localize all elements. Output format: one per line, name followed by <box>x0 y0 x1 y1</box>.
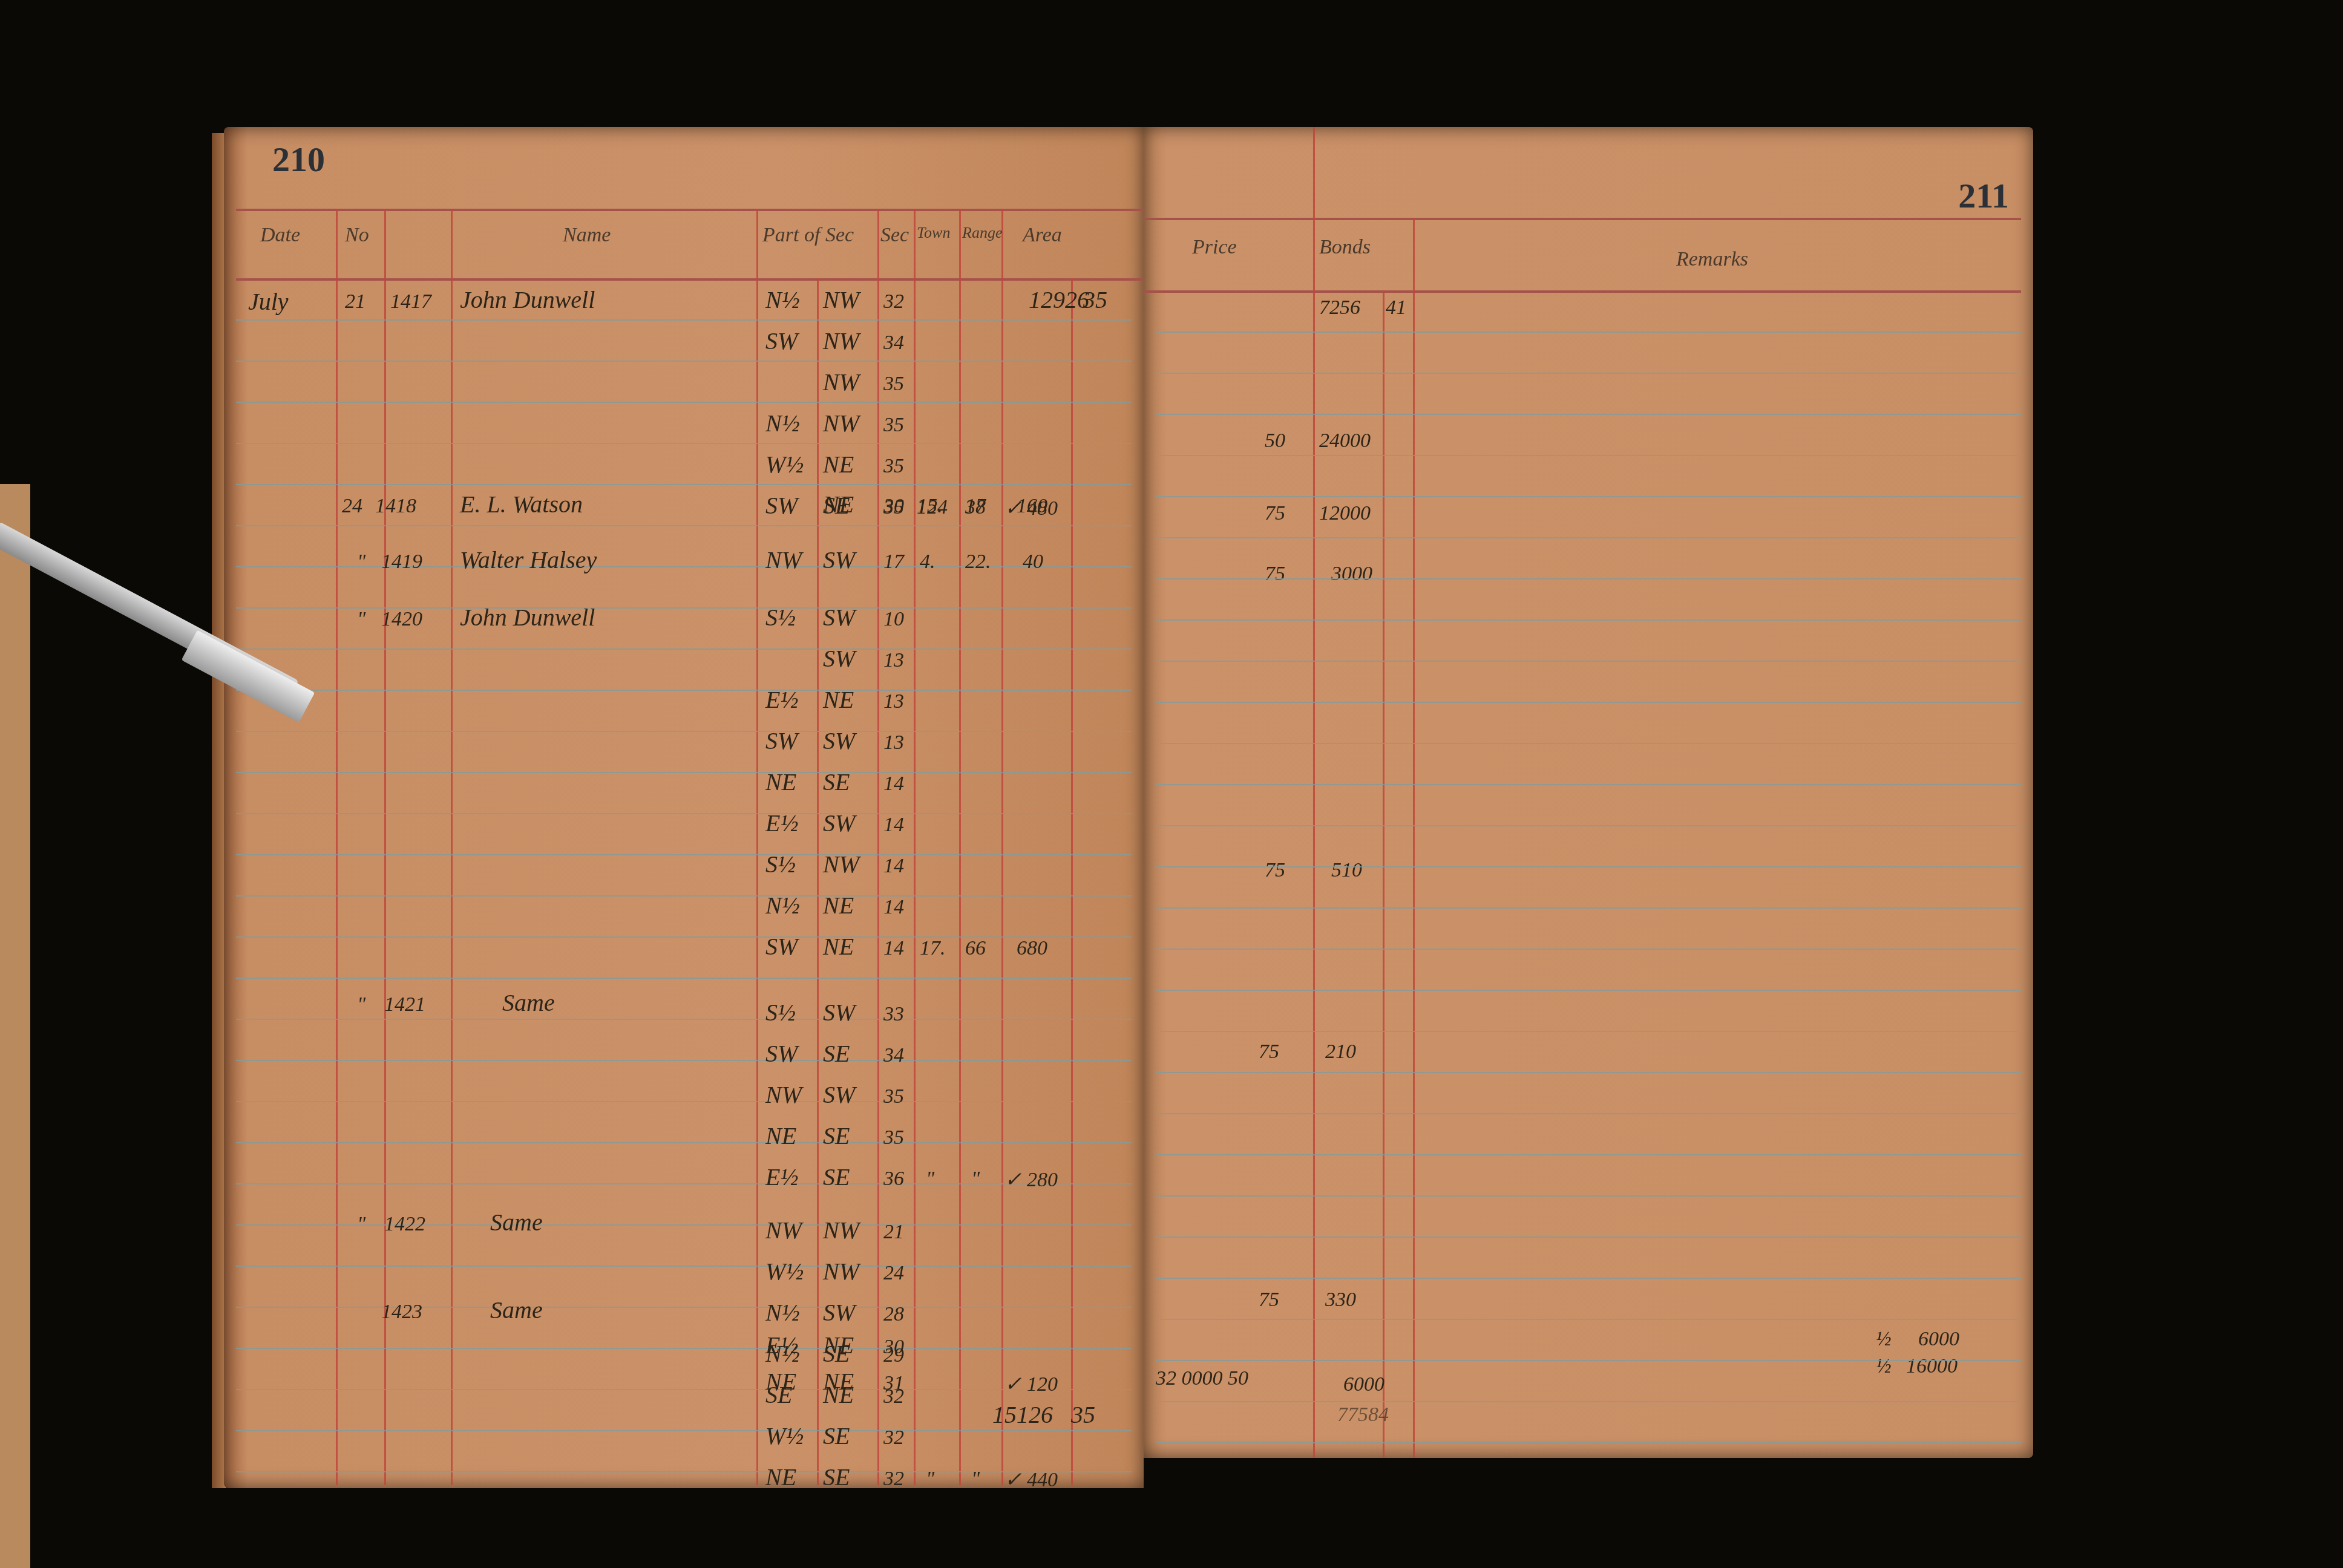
quarter: SE <box>823 1463 850 1491</box>
sec: 35 <box>883 455 904 478</box>
part: N½ <box>765 286 800 314</box>
ruled-line <box>1156 373 2021 374</box>
sec: 10 <box>883 608 904 631</box>
ruled-line <box>236 607 1132 609</box>
sec: 32 <box>883 1426 904 1449</box>
part: NW <box>765 1216 802 1244</box>
ruled-line <box>236 772 1132 773</box>
quarter: NE <box>823 891 854 920</box>
ruled-line <box>236 525 1132 526</box>
part: SW <box>765 727 798 755</box>
part: SW <box>765 1039 798 1068</box>
part: N½ <box>765 1298 800 1327</box>
part: SW <box>765 491 798 520</box>
col-line <box>959 209 961 1485</box>
town: " <box>926 1168 934 1191</box>
col-line <box>1001 209 1003 1485</box>
entry-no: 1423 <box>381 1301 422 1324</box>
header-area: Area <box>1023 224 1062 247</box>
part: NE <box>765 1122 796 1150</box>
ruled-line <box>236 1430 1132 1431</box>
ruled-line <box>1156 1319 2021 1320</box>
ruled-line <box>236 895 1132 897</box>
part: E½ <box>765 685 798 714</box>
remarks-value: 16000 <box>1906 1355 1958 1378</box>
part: S½ <box>765 603 796 632</box>
ruled-line <box>236 402 1132 403</box>
header-date: Date <box>260 224 300 247</box>
price: 75 <box>1265 563 1285 586</box>
quarter: SW <box>823 644 855 673</box>
sec: 13 <box>883 690 904 713</box>
sec: 21 <box>883 1221 904 1244</box>
header-range: Range <box>962 224 1002 242</box>
sec: 24 <box>883 1262 904 1285</box>
ruled-line <box>1156 496 2021 497</box>
ruled-line <box>1156 1154 2021 1155</box>
ruled-line <box>1156 414 2021 415</box>
bonds: 3000 <box>1331 563 1372 586</box>
ruled-line <box>1156 825 2021 826</box>
header-top-rule <box>1144 218 2021 220</box>
bonds: 510 <box>1331 859 1362 882</box>
quarter: SE <box>823 1122 850 1150</box>
ruled-line <box>236 1019 1132 1020</box>
part: E½ <box>765 1331 798 1359</box>
part: NW <box>765 1080 802 1109</box>
ruled-line <box>1156 1072 2021 1073</box>
range: 66 <box>965 937 986 960</box>
ruled-line <box>236 1307 1132 1308</box>
quarter: NE <box>823 1367 854 1396</box>
quarter: SW <box>823 998 855 1027</box>
ruled-line <box>1156 949 2021 950</box>
quarter: SE <box>823 1039 850 1068</box>
quarter: SW <box>823 1080 855 1109</box>
quarter: SW <box>823 809 855 837</box>
part: N½ <box>765 409 800 437</box>
ruled-line <box>1156 784 2021 785</box>
part: W½ <box>765 1422 804 1450</box>
bonds: 210 <box>1325 1040 1356 1063</box>
ruled-line <box>236 566 1132 567</box>
ruled-line <box>1156 866 2021 867</box>
range: 17 <box>965 495 986 518</box>
area: 40 <box>1023 550 1043 573</box>
quarter: NE <box>823 1331 854 1359</box>
town: " <box>926 1468 934 1491</box>
entry-name: Same <box>502 988 555 1017</box>
price: 75 <box>1265 859 1285 882</box>
ruled-line <box>236 1471 1132 1472</box>
entry-day: 21 <box>345 290 365 313</box>
ruled-line <box>1156 1442 2021 1443</box>
ruled-line <box>236 319 1132 321</box>
quarter: SW <box>823 727 855 755</box>
quarter: SE <box>823 1422 850 1450</box>
col-line <box>877 209 879 1485</box>
part: SW <box>765 932 798 961</box>
ruled-line <box>1156 1031 2021 1032</box>
col-line <box>914 209 916 1485</box>
sec: 32 <box>883 1468 904 1491</box>
sec: 33 <box>883 1003 904 1026</box>
sec: 14 <box>883 855 904 878</box>
bonds: 330 <box>1325 1289 1356 1312</box>
ruled-line <box>1156 578 2021 580</box>
entry-name: Walter Halsey <box>460 546 597 574</box>
part: NE <box>765 1463 796 1491</box>
left-page: 210 Date No Name Part of Sec Sec Town Ra… <box>224 127 1144 1488</box>
part: SW <box>765 327 798 355</box>
header-top-rule <box>236 209 1144 211</box>
ruled-line <box>1156 1113 2021 1114</box>
quarter: SW <box>823 1298 855 1327</box>
quarter: NW <box>823 850 859 878</box>
sec: 31 <box>883 1372 904 1395</box>
col-line <box>756 209 758 1485</box>
header-no: No <box>345 224 369 247</box>
sec: 34 <box>883 332 904 354</box>
quarter: NE <box>823 490 854 518</box>
quarter: SE <box>823 1163 850 1191</box>
ruled-line <box>236 1389 1132 1390</box>
quarter: NW <box>823 409 859 437</box>
header-name: Name <box>563 224 611 247</box>
quarter: NW <box>823 286 859 314</box>
ruled-line <box>1156 1278 2021 1279</box>
entry-area: 12926 <box>1029 286 1089 314</box>
ruled-line <box>236 1224 1132 1226</box>
range: " <box>971 1168 980 1191</box>
quarter: NE <box>823 685 854 714</box>
entry-day: " <box>357 608 365 631</box>
price: 75 <box>1259 1040 1279 1063</box>
sec: 14 <box>883 937 904 960</box>
header-price: Price <box>1192 236 1237 259</box>
bonds-top-frac: 41 <box>1386 296 1406 319</box>
price: 50 <box>1265 430 1285 452</box>
sec: 13 <box>883 731 904 754</box>
sec: 35 <box>883 1085 904 1108</box>
part: N½ <box>765 891 800 920</box>
ruled-line <box>1156 1360 2021 1361</box>
col-line <box>1413 218 1415 1458</box>
ruled-line <box>236 731 1132 732</box>
area: 680 <box>1017 937 1047 960</box>
quarter: NW <box>823 368 859 396</box>
remarks-frac: ½ <box>1876 1328 1892 1351</box>
bonds: 12000 <box>1319 502 1371 525</box>
town: 15. <box>917 495 943 518</box>
entry-name: Same <box>490 1208 543 1236</box>
ruled-line <box>236 978 1132 979</box>
quarter: SW <box>823 603 855 632</box>
header-part-of-sec: Part of Sec <box>762 224 854 247</box>
header-bottom-rule <box>236 278 1144 281</box>
entry-no: 1419 <box>381 550 422 573</box>
adjacent-book-edge <box>0 484 30 1568</box>
price: 75 <box>1265 502 1285 525</box>
ruled-line <box>236 1183 1132 1184</box>
ruled-line <box>236 484 1132 485</box>
part: NE <box>765 1367 796 1396</box>
entry-name: E. L. Watson <box>460 490 583 518</box>
entry-day: " <box>357 1213 365 1236</box>
quarter: NW <box>823 1216 859 1244</box>
bonds-top: 7256 <box>1319 296 1360 319</box>
ruled-line <box>236 648 1132 650</box>
sec: 14 <box>883 773 904 795</box>
col-line <box>384 209 386 1485</box>
bonds-total: 77584 <box>1337 1403 1389 1426</box>
quarter: NE <box>823 932 854 961</box>
right-page-number: 211 <box>1958 175 2009 216</box>
sec: 34 <box>883 1044 904 1067</box>
sec: 14 <box>883 814 904 837</box>
area: 160 <box>1017 495 1047 518</box>
ruled-line <box>1156 619 2021 621</box>
part: NW <box>765 546 802 574</box>
entry-no: 1417 <box>390 290 431 313</box>
sec: 35 <box>883 414 904 437</box>
part: E½ <box>765 809 798 837</box>
entry-month: July <box>248 287 289 316</box>
header-bonds: Bonds <box>1319 236 1371 259</box>
quarter: NW <box>823 327 859 355</box>
area: ✓ 120 <box>1004 1372 1058 1396</box>
sec: 14 <box>883 896 904 919</box>
ruled-line <box>236 690 1132 691</box>
sec: 30 <box>883 1336 904 1359</box>
part: W½ <box>765 1257 804 1285</box>
quarter: SW <box>823 546 855 574</box>
remarks-value: 6000 <box>1918 1328 1959 1351</box>
entry-day: 24 <box>342 495 362 518</box>
col-line <box>336 209 338 1485</box>
left-page-number: 210 <box>272 139 325 180</box>
bonds: 24000 <box>1319 430 1371 452</box>
ruled-line <box>236 1142 1132 1143</box>
header-bottom-rule <box>1144 290 2021 293</box>
ruled-line <box>236 813 1132 814</box>
part: S½ <box>765 998 796 1027</box>
entry-no: 1418 <box>375 495 416 518</box>
entry-name: Same <box>490 1296 543 1324</box>
entry-no: 1422 <box>384 1213 425 1236</box>
sec: 28 <box>883 1303 904 1326</box>
remarks-frac: ½ <box>1876 1355 1892 1378</box>
range: " <box>971 1468 980 1491</box>
entry-name: John Dunwell <box>460 286 595 314</box>
part: S½ <box>765 850 796 878</box>
town: 17. <box>920 937 946 960</box>
ruled-line <box>1156 455 2021 456</box>
ruled-line <box>236 854 1132 855</box>
part: W½ <box>765 450 804 479</box>
quarter: NW <box>823 1257 859 1285</box>
ruled-line <box>1156 537 2021 538</box>
ruled-line <box>236 361 1132 362</box>
ruled-line <box>1156 661 2021 662</box>
ruled-line <box>1156 702 2021 703</box>
ruled-line <box>1156 1195 2021 1197</box>
sec: 35 <box>883 373 904 396</box>
col-line <box>1313 127 1315 1458</box>
ruled-line <box>236 1101 1132 1102</box>
sec: 36 <box>883 1168 904 1191</box>
ruled-line <box>236 936 1132 938</box>
quarter: NE <box>823 450 854 479</box>
ruled-line <box>1156 332 2021 333</box>
entry-day: " <box>357 993 365 1016</box>
entry-no: 1421 <box>384 993 425 1016</box>
price-total: 32 0000 50 <box>1156 1367 1248 1390</box>
header-sec: Sec <box>880 224 909 247</box>
part: NE <box>765 768 796 796</box>
range: 22. <box>965 550 991 573</box>
quarter: SE <box>823 768 850 796</box>
header-remarks: Remarks <box>1676 248 1748 271</box>
entry-day: " <box>357 550 365 573</box>
right-page: 211 Price Bonds Remarks 7256 41 50 24000… <box>1144 127 2033 1458</box>
col-line <box>1071 278 1073 1485</box>
ruled-line <box>1156 907 2021 909</box>
ruled-line <box>1156 990 2021 991</box>
ruled-line <box>236 1348 1132 1349</box>
ruled-line <box>1156 1236 2021 1238</box>
price: 75 <box>1259 1289 1279 1312</box>
sec: 13 <box>883 649 904 672</box>
col-line <box>451 209 453 1485</box>
ruled-line <box>1156 743 2021 744</box>
entry-no: 1420 <box>381 608 422 631</box>
area-total-frac: 35 <box>1071 1400 1095 1429</box>
ruled-line <box>236 1060 1132 1061</box>
entry-area-frac: 35 <box>1083 286 1107 314</box>
area-total: 15126 <box>992 1400 1053 1429</box>
bonds: 6000 <box>1343 1373 1384 1396</box>
entry-name: John Dunwell <box>460 603 595 632</box>
area: ✓ 280 <box>1004 1168 1058 1192</box>
area: ✓ 440 <box>1004 1468 1058 1492</box>
sec: 17 <box>883 550 904 573</box>
ruled-line <box>236 443 1132 444</box>
header-town: Town <box>917 224 950 242</box>
open-ledger-book: 210 Date No Name Part of Sec Sec Town Ra… <box>224 127 2033 1488</box>
col-line <box>1383 290 1384 1458</box>
sec: 32 <box>883 290 904 313</box>
col-line <box>817 278 819 1485</box>
ruled-line <box>1156 1401 2021 1402</box>
town: 4. <box>920 550 936 573</box>
sec: 30 <box>883 495 904 518</box>
ruled-line <box>236 1266 1132 1267</box>
sec: 35 <box>883 1126 904 1149</box>
part: E½ <box>765 1163 798 1191</box>
